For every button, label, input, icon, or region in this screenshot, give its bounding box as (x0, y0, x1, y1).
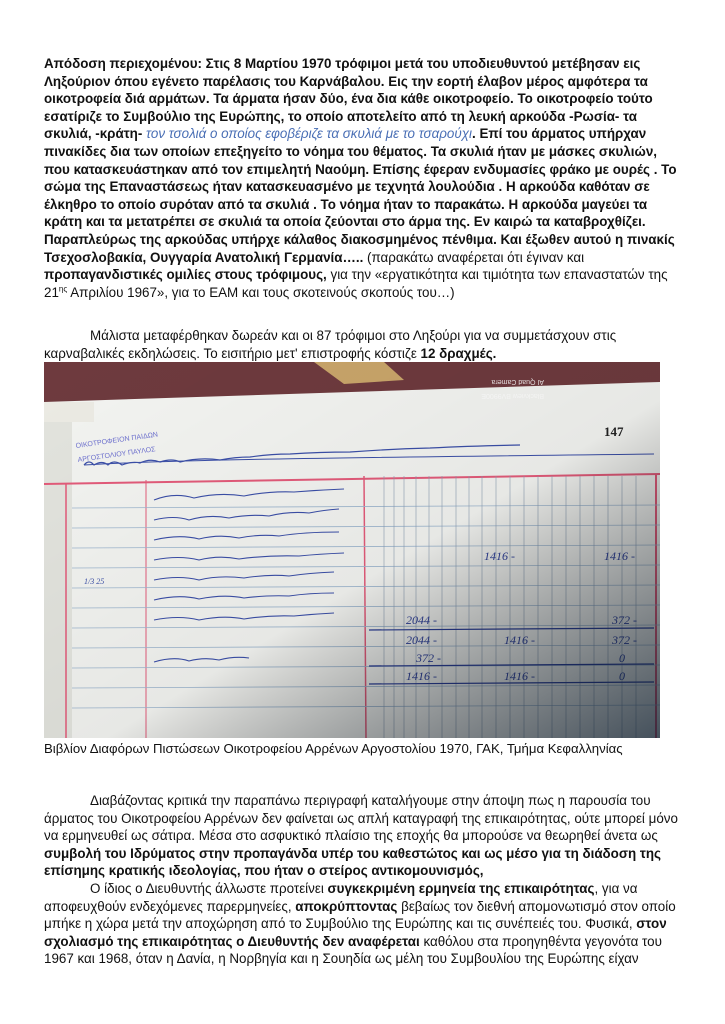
director-bold-1: συγκεκριμένη ερμηνεία της επικαιρότητας (328, 881, 595, 896)
note-text: (παρακάτω αναφέρεται ότι έγιναν και (363, 250, 584, 265)
director-text-1: Ο ίδιος ο Διευθυντής άλλωστε προτείνει (90, 881, 328, 896)
paragraph-director: Ο ίδιος ο Διευθυντής άλλωστε προτείνει σ… (44, 880, 684, 968)
paragraph-content-summary: Απόδοση περιεχομένου: Στις 8 Μαρτίου 197… (44, 55, 684, 301)
critical-bold: συμβολή του Ιδρύματος στην προπαγάνδα υπ… (44, 846, 661, 879)
ticket-price: 12 δραχμές. (421, 346, 497, 361)
note-bold: προπαγανδιστικές ομιλίες στους τρόφιμους… (44, 267, 327, 282)
analysis-section: Διαβάζοντας κριτικά την παραπάνω περιγρα… (44, 792, 684, 968)
transport-text: Μάλιστα μεταφέρθηκαν δωρεάν και οι 87 τρ… (44, 328, 616, 361)
director-bold-2: αποκρύπτοντας (295, 899, 397, 914)
photo-caption: Βιβλίον Διαφόρων Πιστώσεων Οικοτροφείου … (44, 741, 704, 756)
italic-highlight: τον τσολιά ο οποίος εφοβέριζε τα σκυλιά … (146, 126, 472, 141)
ledger-photo-illustration: ΟΙΚΟΤΡΟΦΕΙΟΝ ΠΑΙΔΩΝ ΑΡΓΟΣΤΟΛΙΟΥ ΠΑΥΛΟΣ A… (44, 362, 660, 738)
note-text-3: Απριλίου 1967», για το ΕΑΜ και τους σκοτ… (67, 285, 454, 300)
paragraph-transport: Μάλιστα μεταφέρθηκαν δωρεάν και οι 87 τρ… (44, 327, 684, 362)
summary-bold-continued: . Επί του άρματος υπήρχαν πινακίδες δια … (44, 126, 677, 264)
paragraph-critical-reading: Διαβάζοντας κριτικά την παραπάνω περιγρα… (44, 792, 684, 880)
critical-text: Διαβάζοντας κριτικά την παραπάνω περιγρα… (44, 793, 678, 843)
ordinal-superscript: ης (59, 284, 67, 293)
ledger-photo: ΟΙΚΟΤΡΟΦΕΙΟΝ ΠΑΙΔΩΝ ΑΡΓΟΣΤΟΛΙΟΥ ΠΑΥΛΟΣ A… (44, 362, 660, 738)
